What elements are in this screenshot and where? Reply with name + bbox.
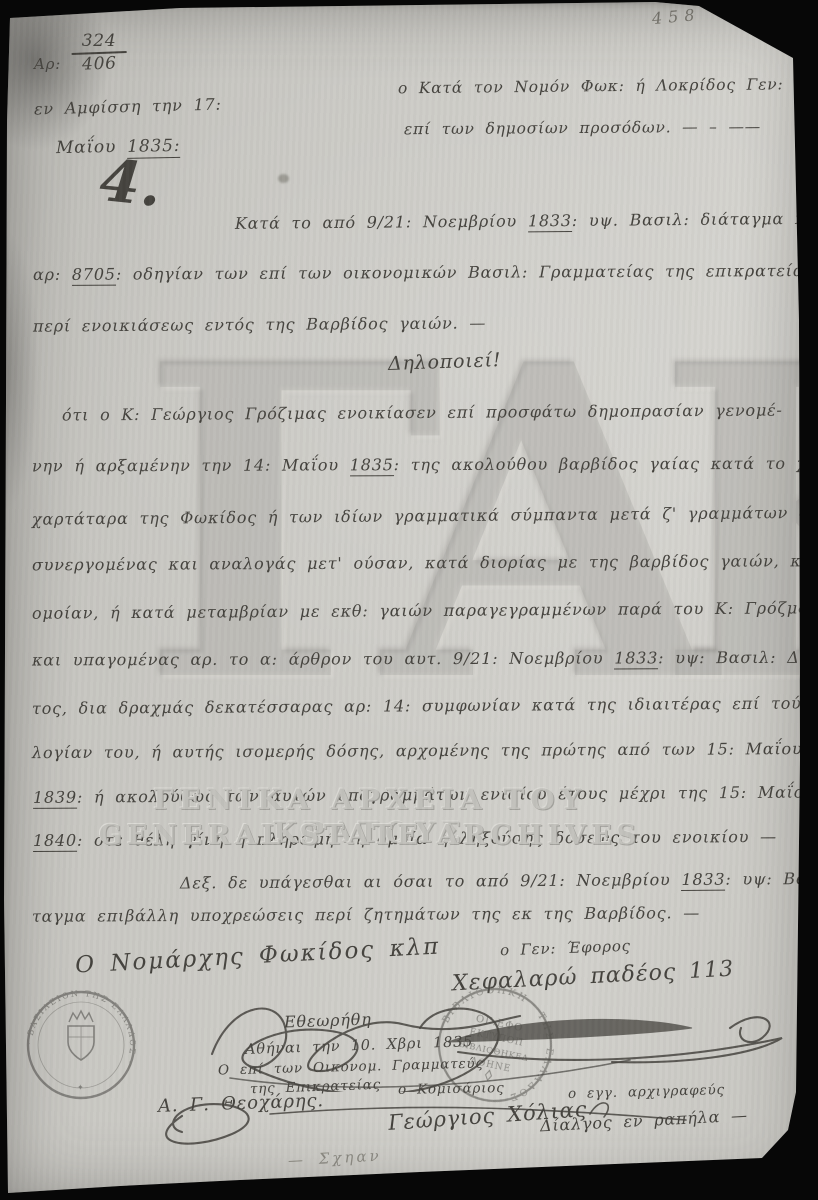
center-official-stamp: · ΒΙΒΛΙΟΘΗΚΗ · ΤΗΣ ΕΛΛΑΔΟΣ · ΟΓ:ΕΦΟ ΕΚΤΥ…	[418, 968, 572, 1122]
body-line-1: ότι ο Κ: Γεώργιος Γρόζιμας ενοικίασεν επ…	[62, 401, 783, 424]
dateline-place: εν Αμφίσση την 17:	[34, 96, 222, 119]
body-line-4: συνεργομένας και αναλογάς μετ' ούσαν, κα…	[32, 552, 818, 575]
item-number: 4.	[97, 147, 166, 220]
addressee-line-1: ο Κατά τον Νομόν Φωκ: ή Λοκρίδος Γεν: Έφ…	[398, 76, 818, 99]
proclamation-heading: Δηλοποιεί!	[388, 350, 502, 376]
pencil-note-bottom: — Σχηαν	[288, 1148, 382, 1170]
document-page: ΓΑΚ 458 Αρ: 324 406 εν Αμφίσση την 17: Μ…	[0, 0, 818, 1200]
opening-line-2: αρ: 8705: οδηγίαν των επί των οικονομικώ…	[33, 262, 814, 284]
opening-line-3: περί ενοικιάσεως εντός της Βαρβίδος γαιώ…	[33, 314, 486, 336]
registry-number: Αρ: 324 406	[34, 32, 127, 74]
ephor-title: ο Γεν: Έφορος	[500, 938, 631, 960]
svg-text:· ΒΙΒΛΙΟΘΗΚΗ · ΤΗΣ ΕΛΛΑΔΟΣ ·: · ΒΙΒΛΙΟΘΗΚΗ · ΤΗΣ ΕΛΛΑΔΟΣ ·	[424, 974, 566, 1115]
opening-line-1: Κατά το από 9/21: Νοεμβρίου 1833: υψ. Βα…	[235, 209, 818, 233]
svg-text:✦: ✦	[77, 1083, 84, 1092]
body-line-3: χαρτάταρα της Φωκίδος ή των ιδίων γραμμα…	[32, 503, 818, 529]
registry-label: Αρ:	[34, 56, 61, 73]
body-line-9: 1839: ή ακολούθως των αυτών υπογραμμάτων…	[33, 783, 818, 807]
body-line-8: λογίαν του, ή αυτής ισομερής δόσης, αρχο…	[32, 740, 818, 763]
ink-blot	[278, 174, 289, 183]
page-number-pencil: 458	[651, 6, 701, 29]
body-line-2: νην ή αρξαμένην την 14: Μαΐου 1835: της …	[32, 455, 818, 476]
nomarch-title: Ο Νομάρχης Φωκίδος κλπ	[75, 933, 441, 979]
body-line-7: τος, δια δραχμάς δεκατέσσαρας αρ: 14: συ…	[32, 694, 818, 718]
body-line-10: 1840: ότε θέλη γίνη η πληρωμή τη ομοία ή…	[33, 828, 777, 850]
closing-line-2: ταγμα επιβάλλη υποχρεώσεις περί ζητημάτω…	[32, 904, 700, 926]
registry-fraction: 324 406	[72, 32, 127, 74]
registry-denominator: 406	[71, 51, 127, 75]
scan-background: ΓΑΚ 458 Αρ: 324 406 εν Αμφίσση την 17: Μ…	[0, 0, 818, 1200]
addressee-line-2: επί των δημοσίων προσόδων. — – ——	[404, 119, 761, 139]
body-line-5: ομοίαν, ή κατά μεταμβρίαν με εκθ: γαιών …	[32, 599, 816, 623]
body-line-6: και υπαγομένας αρ. το α: άρθρον του αυτ.…	[32, 649, 818, 670]
registry-numerator: 324	[72, 32, 127, 52]
left-official-stamp: · ΒΑΣΙΛΕΙΟΝ ΤΗΣ ΕΛΛΑΔΟΣ · ✦	[20, 982, 142, 1108]
reviewed-note: Εθεωρήθη	[284, 1010, 372, 1031]
closing-line-1: Δεξ. δε υπάγεσθαι αι όσαι το από 9/21: Ν…	[180, 870, 818, 893]
edge-smudge-top-left	[0, 0, 110, 150]
